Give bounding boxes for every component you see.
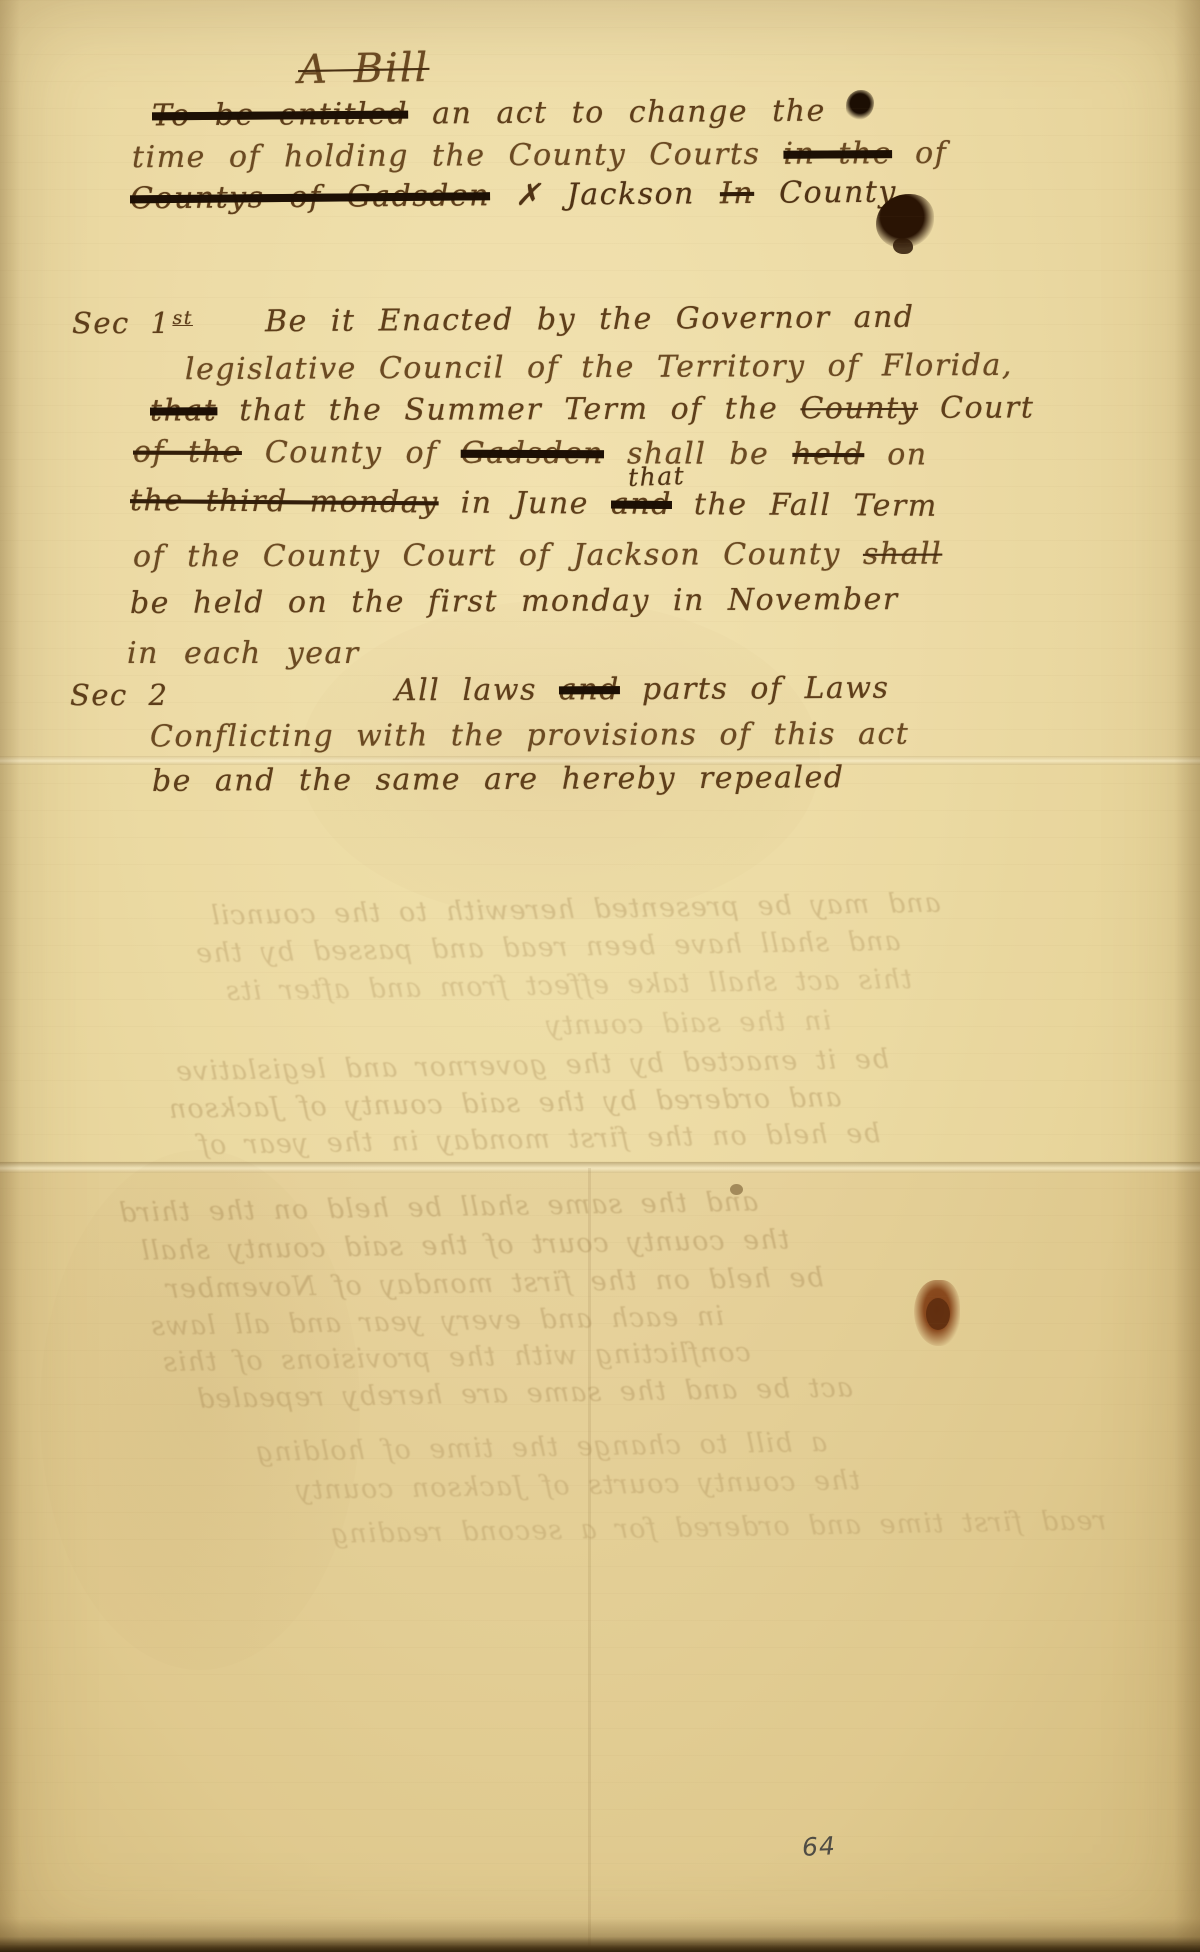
struck-text: Countys of Gadsden: [130, 178, 490, 216]
bleedthrough-line: this act shall take effect from and afte…: [225, 964, 912, 1007]
paper-sheet: and may be presented herewith to the cou…: [0, 0, 1200, 1952]
text-segment: legislative Council of the Territory of …: [185, 348, 1013, 387]
bleedthrough-line: conflicting with the provisions of this: [162, 1337, 751, 1378]
text-segment: an act to change the: [408, 94, 826, 132]
manuscript-line: of the County of Gadsden shall be held o…: [133, 435, 928, 473]
paper-bottom-edge: [0, 1918, 1200, 1952]
text-segment: in June: [438, 485, 611, 521]
bleedthrough-line: read first time and ordered for a second…: [330, 1505, 1107, 1550]
section-number: Sec 2: [70, 678, 168, 712]
bleedthrough-line: in the said county: [545, 1006, 832, 1042]
scan-edge-shadow: [1174, 0, 1200, 1952]
text-segment: Be it Enacted by the Governor and: [265, 300, 915, 340]
manuscript-line: in each year: [127, 636, 360, 671]
text-segment: time of holding the County Courts: [132, 137, 784, 175]
bleedthrough-line: the county court of the said county shal…: [140, 1224, 790, 1266]
bleedthrough-line: be held on the first monday of November: [165, 1262, 824, 1304]
manuscript-line: legislative Council of the Territory of …: [185, 348, 1013, 387]
fold-crease: [0, 1162, 1200, 1173]
section-number: Sec 1: [72, 306, 170, 340]
text-segment: All laws: [395, 672, 559, 708]
ink-blot: [846, 90, 874, 120]
bleedthrough-line: and shall have been read and passed by t…: [195, 926, 901, 969]
page-number-pencil: 64: [801, 1831, 836, 1862]
bleedthrough-line: be it enacted by the governor and legisl…: [175, 1044, 890, 1087]
manuscript-line: Countys of Gadsden ✗ Jackson In County: [130, 175, 897, 217]
struck-text: and: [559, 672, 620, 707]
text-segment: the Fall Term: [672, 487, 938, 524]
bleedthrough-line: be held on the first monday in the year …: [198, 1118, 881, 1161]
ink-blot: [926, 1298, 950, 1330]
text-segment: parts of Laws: [620, 671, 890, 707]
bleedthrough-line: in each and every year and all laws: [150, 1301, 724, 1342]
manuscript-line: time of holding the County Courts in the…: [132, 136, 947, 175]
bleedthrough-line: and ordered by the said county of Jackso…: [168, 1082, 842, 1125]
text-segment: County: [754, 175, 897, 211]
bleedthrough-line: the county courts of Jackson county: [295, 1465, 861, 1506]
struck-text: of the: [133, 435, 242, 470]
manuscript-line: be held on the first monday in November: [130, 582, 899, 621]
manuscript-line: be and the same are hereby repealed: [152, 760, 845, 799]
struck-text: held: [792, 437, 864, 472]
manuscript-line: To be entitled an act to change the: [152, 94, 826, 134]
manuscript-line: Conflicting with the provisions of this …: [150, 717, 909, 755]
manuscript-line: All laws and parts of Laws: [395, 671, 890, 709]
text-segment: Conflicting with the provisions of this …: [150, 717, 909, 755]
section-label: Sec 1st: [72, 306, 193, 340]
section-label: Sec 2: [70, 678, 168, 712]
bleedthrough-line: and the same shall be held on the third: [118, 1186, 759, 1228]
scan-edge-shadow: [0, 0, 20, 1952]
text-segment: be and the same are hereby repealed: [152, 760, 845, 799]
bleedthrough-line: a bill to change the time of holding: [255, 1427, 828, 1468]
manuscript-line: of the County Court of Jackson County sh…: [133, 537, 942, 575]
text-segment: be held on the first monday in November: [130, 582, 899, 621]
struck-text: and: [611, 487, 672, 522]
text-segment: in each year: [127, 636, 360, 671]
ink-blot: [893, 238, 913, 254]
text-segment: on: [864, 437, 928, 472]
struck-text: the third monday: [130, 483, 439, 520]
manuscript-line: that that the Summer Term of the County …: [150, 390, 1034, 428]
text-segment: ✗ Jackson: [490, 176, 720, 213]
manuscript-line: Be it Enacted by the Governor and: [265, 300, 915, 340]
bill-title: A Bill: [298, 45, 430, 93]
struck-text: that: [150, 393, 217, 428]
text-segment: Court: [918, 390, 1034, 425]
section-ordinal-suffix: st: [172, 307, 192, 329]
text-segment: County of: [242, 435, 461, 471]
bleedthrough-line: and may be presented herewith to the cou…: [210, 888, 941, 932]
text-segment: of the County Court of Jackson County: [133, 537, 863, 575]
struck-text: in the: [783, 136, 892, 172]
bleedthrough-line: act be and the same are hereby repealed: [196, 1372, 853, 1414]
struck-text: shall: [863, 537, 942, 572]
struck-text: Gadsden: [461, 436, 604, 471]
ink-blot: [914, 1280, 960, 1346]
struck-text: County: [800, 391, 918, 426]
text-segment: that the Summer Term of the: [217, 391, 800, 428]
struck-text: In: [720, 176, 754, 211]
struck-text: To be entitled: [152, 97, 408, 134]
text-segment: of: [892, 136, 947, 171]
manuscript-line: the third monday in June and the Fall Te…: [130, 483, 938, 524]
